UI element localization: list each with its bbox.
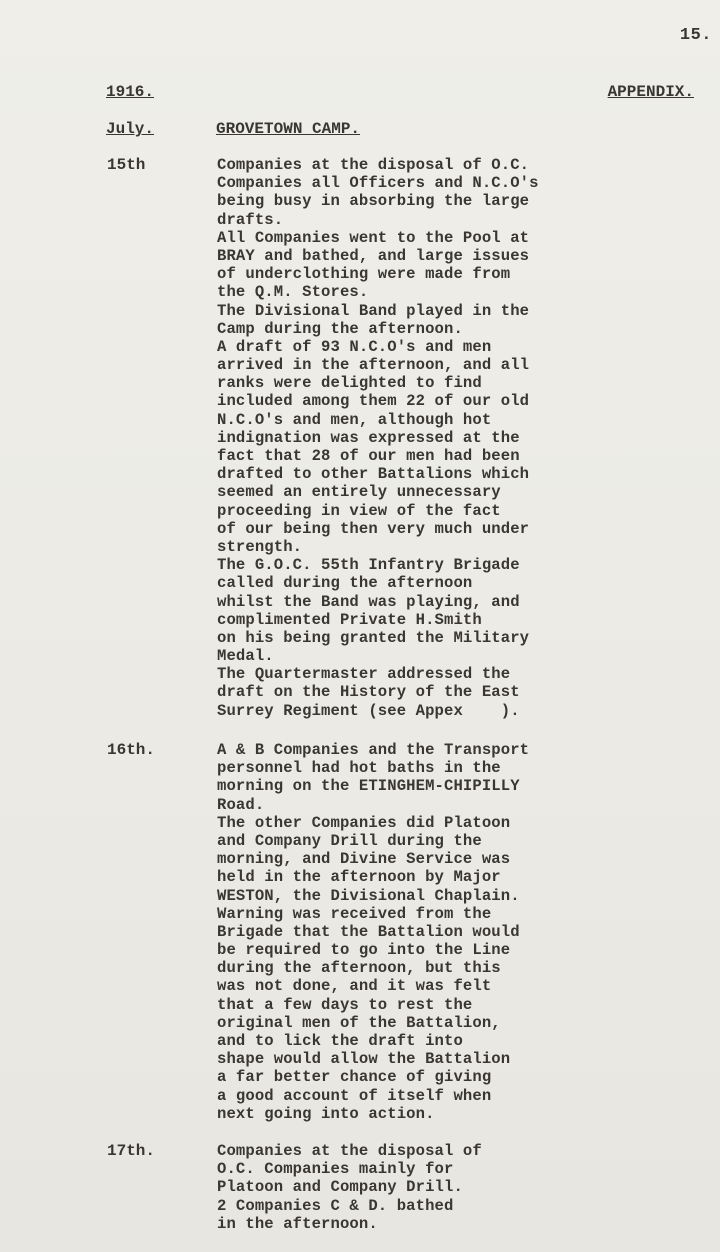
entry-text: Companies at the disposal ofO.C. Compani…	[217, 1142, 617, 1233]
entry-line: complimented Private H.Smith	[217, 611, 617, 629]
entry-line: original men of the Battalion,	[217, 1014, 617, 1032]
entry-line: Companies all Officers and N.C.O's	[217, 174, 617, 192]
entry-line: indignation was expressed at the	[217, 429, 617, 447]
entry-line: in the afternoon.	[217, 1215, 617, 1233]
entry-line: Medal.	[217, 647, 617, 665]
entry-line: the Q.M. Stores.	[217, 283, 617, 301]
entry-line: Camp during the afternoon.	[217, 320, 617, 338]
entry-line: WESTON, the Divisional Chaplain.	[217, 887, 617, 905]
entry-line: Companies at the disposal of O.C.	[217, 156, 617, 174]
entry-line: proceeding in view of the fact	[217, 502, 617, 520]
entry-line: that a few days to rest the	[217, 996, 617, 1014]
entry-line: fact that 28 of our men had been	[217, 447, 617, 465]
entry-line: drafted to other Battalions which	[217, 465, 617, 483]
entry-date: 16th.	[107, 741, 155, 759]
entry-line: Platoon and Company Drill.	[217, 1178, 617, 1196]
entry-line: seemed an entirely unnecessary	[217, 483, 617, 501]
entry-line: held in the afternoon by Major	[217, 868, 617, 886]
entry-line: personnel had hot baths in the	[217, 759, 617, 777]
header-year: 1916.	[106, 83, 154, 101]
header-location: GROVETOWN CAMP.	[216, 120, 360, 138]
entry-line: draft on the History of the East	[217, 683, 617, 701]
entry-line: strength.	[217, 538, 617, 556]
entry-line: morning, and Divine Service was	[217, 850, 617, 868]
entry-line: of underclothing were made from	[217, 265, 617, 283]
entry-line: Warning was received from the	[217, 905, 617, 923]
entry-text: A & B Companies and the Transportpersonn…	[217, 741, 617, 1123]
document-page: 15. 1916. APPENDIX. July. GROVETOWN CAMP…	[0, 0, 720, 1252]
entry-line: BRAY and bathed, and large issues	[217, 247, 617, 265]
entry-line: of our being then very much under	[217, 520, 617, 538]
entry-line: A & B Companies and the Transport	[217, 741, 617, 759]
entry-line: The G.O.C. 55th Infantry Brigade	[217, 556, 617, 574]
entry-line: next going into action.	[217, 1105, 617, 1123]
entry-line: All Companies went to the Pool at	[217, 229, 617, 247]
entry-line: Companies at the disposal of	[217, 1142, 617, 1160]
header-appendix: APPENDIX.	[608, 83, 694, 101]
entry-line: Road.	[217, 796, 617, 814]
entry-line: called during the afternoon	[217, 574, 617, 592]
entry-line: O.C. Companies mainly for	[217, 1160, 617, 1178]
entry-line: and Company Drill during the	[217, 832, 617, 850]
entry-line: shape would allow the Battalion	[217, 1050, 617, 1068]
entry-line: a good account of itself when	[217, 1087, 617, 1105]
entry-date: 17th.	[107, 1142, 155, 1160]
entry-line: a far better chance of giving	[217, 1068, 617, 1086]
entry-line: The Divisional Band played in the	[217, 302, 617, 320]
entry-line: N.C.O's and men, although hot	[217, 411, 617, 429]
entry-line: Brigade that the Battalion would	[217, 923, 617, 941]
entry-line: A draft of 93 N.C.O's and men	[217, 338, 617, 356]
entry-line: ranks were delighted to find	[217, 374, 617, 392]
entry-line: 2 Companies C & D. bathed	[217, 1197, 617, 1215]
entry-line: drafts.	[217, 211, 617, 229]
entry-line: included among them 22 of our old	[217, 392, 617, 410]
entry-line: arrived in the afternoon, and all	[217, 356, 617, 374]
entry-text: Companies at the disposal of O.C.Compani…	[217, 156, 617, 720]
entry-line: being busy in absorbing the large	[217, 192, 617, 210]
header-month: July.	[106, 120, 154, 138]
entry-line: and to lick the draft into	[217, 1032, 617, 1050]
entry-line: during the afternoon, but this	[217, 959, 617, 977]
entry-line: The other Companies did Platoon	[217, 814, 617, 832]
entry-line: Surrey Regiment (see Appex ).	[217, 702, 617, 720]
entry-line: morning on the ETINGHEM-CHIPILLY	[217, 777, 617, 795]
entry-line: be required to go into the Line	[217, 941, 617, 959]
entry-date: 15th	[107, 156, 145, 174]
entry-line: was not done, and it was felt	[217, 977, 617, 995]
entry-line: The Quartermaster addressed the	[217, 665, 617, 683]
entry-line: on his being granted the Military	[217, 629, 617, 647]
entry-line: whilst the Band was playing, and	[217, 593, 617, 611]
page-number: 15.	[680, 26, 712, 45]
